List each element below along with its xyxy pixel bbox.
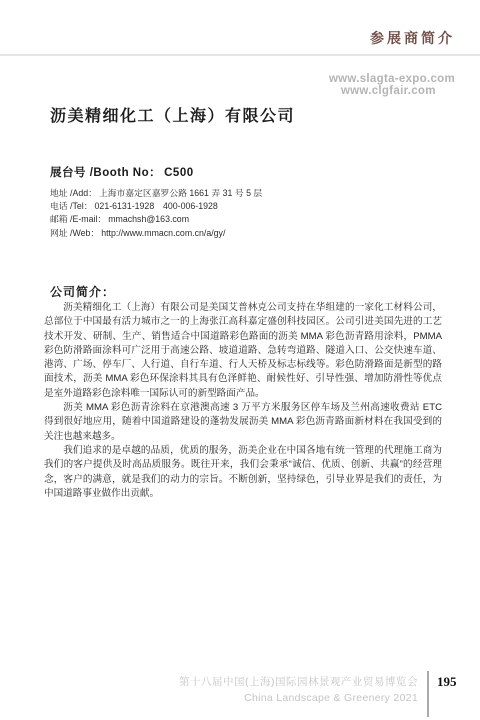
contact-telephone-label: 电话 /Tel： xyxy=(50,201,93,211)
booth-value: C500 xyxy=(164,167,194,179)
company-name: 沥美精细化工（上海）有限公司 xyxy=(50,103,295,126)
contact-address-value: 上海市嘉定区嘉罗公路 1661 弄 31 号 5 层 xyxy=(99,188,262,198)
contact-address: 地址 /Add：上海市嘉定区嘉罗公路 1661 弄 31 号 5 层 xyxy=(50,187,262,200)
header-divider xyxy=(0,54,480,56)
company-profile-body: 沥美精细化工（上海）有限公司是美国艾普林克公司支持在华组建的一家化工材料公司，总… xyxy=(44,301,442,501)
catalog-page: 参展商简介 www.slagta-expo.com www.clgfair.co… xyxy=(0,0,480,720)
contact-website-value: http://www.mmacn.com.cn/a/gy/ xyxy=(101,228,225,238)
section-title: 参展商简介 xyxy=(370,28,455,48)
contact-website: 网址 /Web：http://www.mmacn.com.cn/a/gy/ xyxy=(50,227,262,240)
footer-expo-title-cn: 第十八届中国(上海)国际园林景观产业贸易博览会 xyxy=(179,674,418,689)
footer-expo-title: 第十八届中国(上海)国际园林景观产业贸易博览会 China Landscape … xyxy=(179,674,418,704)
contact-telephone: 电话 /Tel：021-6131-1928 400-006-1928 xyxy=(50,200,262,213)
profile-paragraph: 沥美精细化工（上海）有限公司是美国艾普林克公司支持在华组建的一家化工材料公司，总… xyxy=(44,301,442,401)
expo-url-secondary: www.clgfair.com xyxy=(341,85,436,97)
contact-address-label: 地址 /Add： xyxy=(50,188,97,198)
contact-email-value: mmachsh@163.com xyxy=(108,214,189,224)
booth-number: 展台号 /Booth No：C500 xyxy=(50,164,194,180)
footer-expo-title-en: China Landscape & Greenery 2021 xyxy=(179,692,418,704)
contact-telephone-value: 021-6131-1928 400-006-1928 xyxy=(95,201,218,211)
expo-urls: www.slagta-expo.com www.clgfair.com xyxy=(315,61,455,109)
booth-label: 展台号 /Booth No： xyxy=(50,167,161,179)
profile-paragraph: 沥美 MMA 彩色沥青涂料在京港澳高速 3 万平方米服务区停车场及兰州高速收费站… xyxy=(44,401,442,444)
contact-website-label: 网址 /Web： xyxy=(50,228,99,238)
company-profile-heading: 公司简介： xyxy=(50,283,115,300)
contact-email: 邮箱 /E-mail：mmachsh@163.com xyxy=(50,213,262,226)
profile-paragraph: 我们追求的是卓越的品质，优质的服务，沥美企业在中国各地有统一管理的代理施工商为我… xyxy=(44,444,442,501)
footer-divider xyxy=(427,671,429,717)
page-number: 195 xyxy=(437,674,457,690)
contact-email-label: 邮箱 /E-mail： xyxy=(50,214,106,224)
expo-url-primary: www.slagta-expo.com xyxy=(329,73,455,85)
contact-block: 地址 /Add：上海市嘉定区嘉罗公路 1661 弄 31 号 5 层 电话 /T… xyxy=(50,187,262,240)
